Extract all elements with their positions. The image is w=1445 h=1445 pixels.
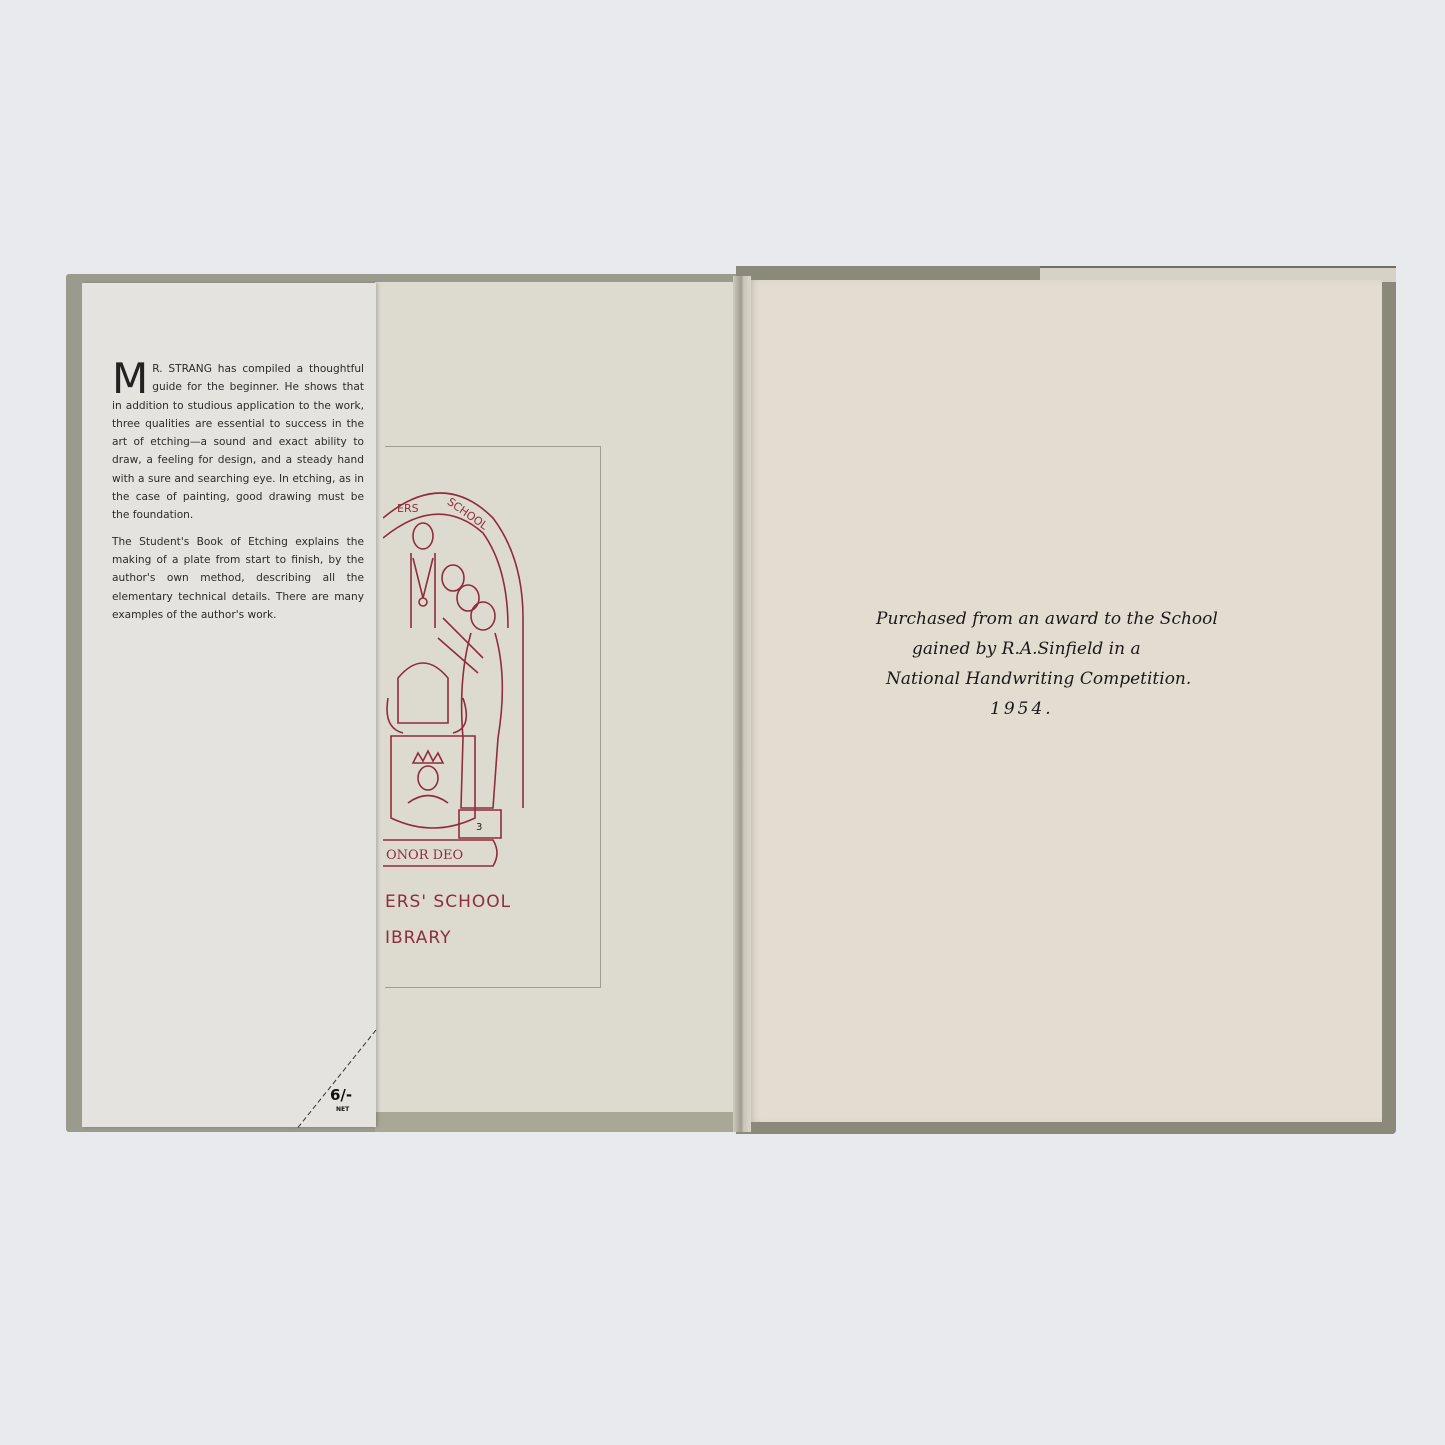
price-clip-dashed-line-icon — [258, 1030, 378, 1130]
bookplate-illustration-icon: ERS SCHOOL 3 ONOR DEO — [383, 478, 533, 908]
inscription-line-2: gained by R.A.Sinfield in a — [870, 634, 1210, 664]
svg-text:ONOR DEO: ONOR DEO — [386, 848, 463, 863]
svg-text:ERS: ERS — [397, 502, 419, 515]
jacket-blurb: MR. STRANG has compiled a thoughtful gui… — [112, 360, 364, 632]
svg-text:SCHOOL: SCHOOL — [445, 495, 491, 533]
price-net-label: NET — [336, 1106, 349, 1113]
drop-cap: M — [112, 362, 148, 396]
blurb-paragraph-1: MR. STRANG has compiled a thoughtful gui… — [112, 360, 364, 525]
handwritten-inscription: Purchased from an award to the School ga… — [870, 604, 1210, 724]
inscription-line-1: Purchased from an award to the School — [870, 604, 1210, 634]
cloth-turn-in — [375, 1112, 735, 1132]
price-label: 6/- — [330, 1086, 352, 1104]
book-gutter — [733, 276, 751, 1132]
inscription-line-3: National Handwriting Competition. — [870, 664, 1210, 694]
blurb-paragraph-2: The Student's Book of Etching explains t… — [112, 533, 364, 624]
bookplate-library-label: IBRARY — [385, 928, 452, 948]
bookplate-school-name: ERS' SCHOOL — [385, 892, 511, 912]
inscription-year: 1954. — [870, 694, 1210, 724]
svg-text:3: 3 — [476, 822, 482, 833]
